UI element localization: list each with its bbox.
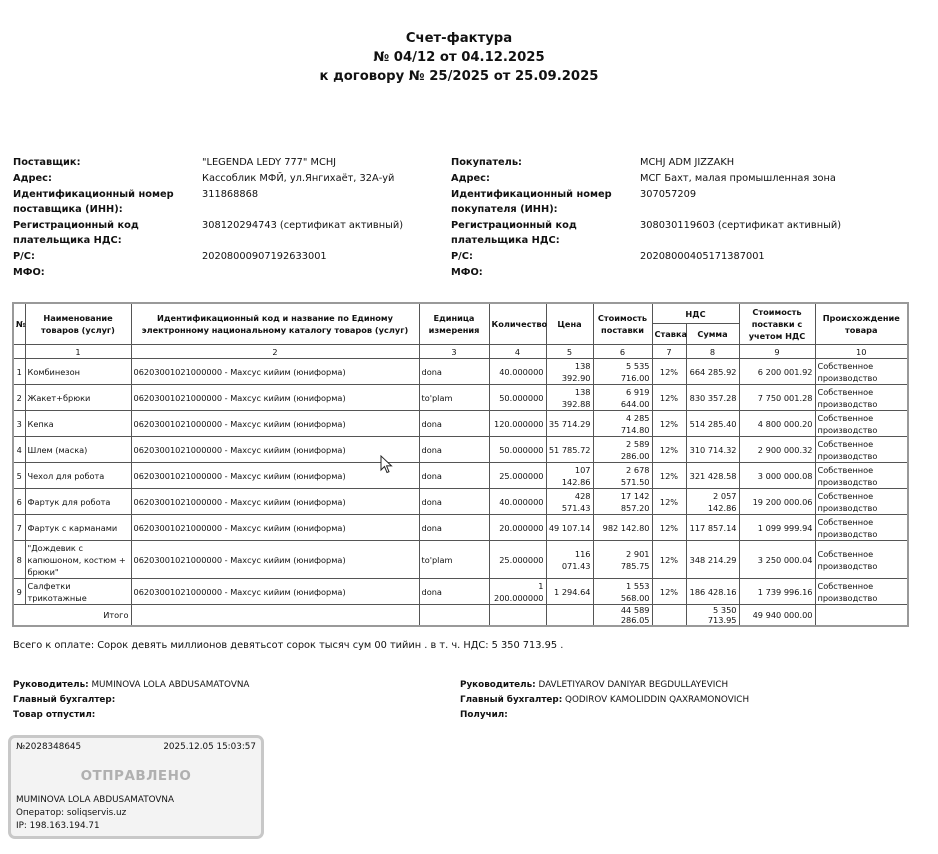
column-number-cell: 8 (686, 345, 739, 359)
seller-field-row: МФО: (13, 265, 453, 280)
total-due-text: Всего к оплате: Сорок девять миллионов д… (13, 640, 563, 651)
col-header-vat: НДС (652, 303, 739, 324)
col-header-price: Цена (546, 303, 593, 345)
buyer-signatures: Руководитель: DAVLETIYAROV DANIYAR BEGDU… (460, 678, 900, 723)
item-vat-sum: 117 857.14 (686, 515, 739, 541)
seller-field-label: Адрес: (13, 171, 202, 186)
item-total: 1 739 996.16 (739, 579, 815, 605)
item-total: 4 800 000.20 (739, 411, 815, 437)
col-header-vat-sum: Сумма (686, 324, 739, 345)
item-vat-rate: 12% (652, 515, 686, 541)
item-quantity: 1 200.000000 (489, 579, 546, 605)
item-vat-rate: 12% (652, 541, 686, 579)
item-price: 116 071.43 (546, 541, 593, 579)
col-header-qty: Количество (489, 303, 546, 345)
buyer-field-row: МФО: (451, 265, 891, 280)
item-vat-rate: 12% (652, 359, 686, 385)
column-number-cell: 9 (739, 345, 815, 359)
totals-row: Итого44 589 286.055 350 713.9549 940 000… (13, 605, 908, 627)
item-unit: dona (419, 437, 489, 463)
invoice-items-table: № Наименование товаров (услуг) Идентифик… (12, 302, 909, 627)
signature-role: Получил: (460, 710, 508, 720)
column-number-cell: 4 (489, 345, 546, 359)
item-catalog-code: 06203001021000000 - Махсус кийим (юнифор… (131, 515, 419, 541)
totals-label: Итого (13, 605, 131, 627)
item-catalog-code: 06203001021000000 - Махсус кийим (юнифор… (131, 359, 419, 385)
signature-name: DAVLETIYAROV DANIYAR BEGDULLAYEVICH (538, 680, 728, 690)
column-number-cell: 5 (546, 345, 593, 359)
item-price: 49 107.14 (546, 515, 593, 541)
table-row: 5Чехол для робота06203001021000000 - Мах… (13, 463, 908, 489)
item-quantity: 120.000000 (489, 411, 546, 437)
item-origin: Собственное производство (815, 385, 908, 411)
item-quantity: 40.000000 (489, 489, 546, 515)
empty-cell (652, 605, 686, 627)
seller-signatures: Руководитель: MUMINOVA LOLA ABDUSAMATOVN… (13, 678, 453, 723)
item-quantity: 50.000000 (489, 385, 546, 411)
seller-field-label: Р/С: (13, 249, 202, 264)
seller-field-value: 311868868 (202, 187, 258, 217)
item-cost: 6 919 644.00 (593, 385, 652, 411)
row-number: 7 (13, 515, 25, 541)
item-origin: Собственное производство (815, 359, 908, 385)
col-header-name: Наименование товаров (услуг) (25, 303, 131, 345)
item-quantity: 20.000000 (489, 515, 546, 541)
item-price: 107 142.86 (546, 463, 593, 489)
buyer-field-label: Регистрационный код плательщика НДС: (451, 218, 640, 248)
item-vat-sum: 830 357.28 (686, 385, 739, 411)
item-total: 3 250 000.04 (739, 541, 815, 579)
item-vat-rate: 12% (652, 411, 686, 437)
item-catalog-code: 06203001021000000 - Махсус кийим (юнифор… (131, 385, 419, 411)
item-catalog-code: 06203001021000000 - Махсус кийим (юнифор… (131, 489, 419, 515)
seller-field-row: Адрес:Кассоблик МФЙ, ул.Янгихаёт, 32А-уй (13, 171, 453, 186)
signature-name: QODIROV KAMOLIDDIN QAXRAMONOVICH (565, 695, 749, 705)
buyer-field-value: 308030119603 (сертификат активный) (640, 218, 841, 248)
item-total: 19 200 000.06 (739, 489, 815, 515)
seller-field-value: Кассоблик МФЙ, ул.Янгихаёт, 32А-уй (202, 171, 394, 186)
totals-cost: 44 589 286.05 (593, 605, 652, 627)
item-vat-sum: 2 057 142.86 (686, 489, 739, 515)
item-vat-sum: 348 214.29 (686, 541, 739, 579)
column-number-cell: 6 (593, 345, 652, 359)
table-row: 2Жакет+брюки06203001021000000 - Махсус к… (13, 385, 908, 411)
empty-cell (546, 605, 593, 627)
stamp-ip: IP: 198.163.194.71 (16, 820, 256, 833)
seller-field-label: Поставщик: (13, 155, 202, 170)
column-number-cell: 3 (419, 345, 489, 359)
item-unit: to'plam (419, 385, 489, 411)
col-header-origin: Происхождение товара (815, 303, 908, 345)
item-origin: Собственное производство (815, 579, 908, 605)
row-number: 2 (13, 385, 25, 411)
buyer-field-row: Идентификационный номер покупателя (ИНН)… (451, 187, 891, 217)
signature-role: Руководитель: (460, 680, 536, 690)
table-row: 8"Дождевик с капюшоном, костюм + брюки"0… (13, 541, 908, 579)
buyer-field-label: Р/С: (451, 249, 640, 264)
item-vat-rate: 12% (652, 437, 686, 463)
column-number-cell: 7 (652, 345, 686, 359)
buyer-field-value: MCHJ ADM JIZZAKH (640, 155, 734, 170)
item-quantity: 25.000000 (489, 463, 546, 489)
totals-total: 49 940 000.00 (739, 605, 815, 627)
row-number: 3 (13, 411, 25, 437)
table-row: 4Шлем (маска)06203001021000000 - Махсус … (13, 437, 908, 463)
item-vat-sum: 321 428.58 (686, 463, 739, 489)
item-unit: dona (419, 359, 489, 385)
item-quantity: 25.000000 (489, 541, 546, 579)
buyer-field-label: Адрес: (451, 171, 640, 186)
signature-line: Товар отпустил: (13, 708, 453, 723)
item-cost: 2 678 571.50 (593, 463, 652, 489)
item-price: 428 571.43 (546, 489, 593, 515)
row-number: 9 (13, 579, 25, 605)
item-vat-sum: 310 714.32 (686, 437, 739, 463)
column-number-cell (13, 345, 25, 359)
item-price: 51 785.72 (546, 437, 593, 463)
item-origin: Собственное производство (815, 437, 908, 463)
signature-line: Главный бухгалтер: (13, 693, 453, 708)
item-cost: 17 142 857.20 (593, 489, 652, 515)
document-title: Счет-фактура (0, 29, 918, 48)
item-catalog-code: 06203001021000000 - Махсус кийим (юнифор… (131, 437, 419, 463)
col-header-vat-rate: Ставка (652, 324, 686, 345)
buyer-field-row: Регистрационный код плательщика НДС:3080… (451, 218, 891, 248)
signature-role: Руководитель: (13, 680, 89, 690)
item-price: 35 714.29 (546, 411, 593, 437)
item-name: "Дождевик с капюшоном, костюм + брюки" (25, 541, 131, 579)
item-vat-sum: 664 285.92 (686, 359, 739, 385)
item-cost: 2 589 286.00 (593, 437, 652, 463)
signature-line: Руководитель: DAVLETIYAROV DANIYAR BEGDU… (460, 678, 900, 693)
item-name: Чехол для робота (25, 463, 131, 489)
table-row: 7Фартук с карманами06203001021000000 - М… (13, 515, 908, 541)
col-header-unit: Единица измерения (419, 303, 489, 345)
item-unit: dona (419, 411, 489, 437)
seller-field-value: 308120294743 (сертификат активный) (202, 218, 403, 248)
stamp-status: ОТПРАВЛЕНО (16, 768, 256, 784)
buyer-field-value: МСГ Бахт, малая промышленная зона (640, 171, 836, 186)
item-vat-rate: 12% (652, 463, 686, 489)
item-unit: to'plam (419, 541, 489, 579)
item-price: 1 294.64 (546, 579, 593, 605)
item-catalog-code: 06203001021000000 - Махсус кийим (юнифор… (131, 411, 419, 437)
item-unit: dona (419, 515, 489, 541)
mouse-cursor-icon (380, 455, 394, 475)
item-cost: 982 142.80 (593, 515, 652, 541)
stamp-signer: MUMINOVA LOLA ABDUSAMATOVNA (16, 794, 256, 807)
seller-field-value: "LEGENDA LEDY 777" MCHJ (202, 155, 336, 170)
seller-info: Поставщик:"LEGENDA LEDY 777" MCHJАдрес:К… (13, 155, 453, 281)
totals-vat-sum: 5 350 713.95 (686, 605, 739, 627)
table-row: 1Комбинезон06203001021000000 - Махсус ки… (13, 359, 908, 385)
item-vat-rate: 12% (652, 579, 686, 605)
item-name: Фартук для робота (25, 489, 131, 515)
invoice-number: № 04/12 от 04.12.2025 (0, 48, 918, 67)
column-numbers-row: 12345678910 (13, 345, 908, 359)
signature-role: Товар отпустил: (13, 710, 95, 720)
item-name: Комбинезон (25, 359, 131, 385)
empty-cell (131, 605, 419, 627)
row-number: 6 (13, 489, 25, 515)
item-cost: 2 901 785.75 (593, 541, 652, 579)
buyer-field-value: 307057209 (640, 187, 696, 217)
col-header-no: № (13, 303, 25, 345)
table-row: 3Кепка06203001021000000 - Махсус кийим (… (13, 411, 908, 437)
item-origin: Собственное производство (815, 411, 908, 437)
row-number: 1 (13, 359, 25, 385)
item-total: 7 750 001.28 (739, 385, 815, 411)
item-price: 138 392.88 (546, 385, 593, 411)
item-vat-sum: 514 285.40 (686, 411, 739, 437)
item-catalog-code: 06203001021000000 - Махсус кийим (юнифор… (131, 463, 419, 489)
item-origin: Собственное производство (815, 489, 908, 515)
buyer-info: Покупатель:MCHJ ADM JIZZAKHАдрес:МСГ Бах… (451, 155, 891, 281)
stamp-datetime: 2025.12.05 15:03:57 (163, 740, 256, 754)
item-name: Шлем (маска) (25, 437, 131, 463)
stamp-document-id: №2028348645 (16, 740, 81, 754)
signature-line: Руководитель: MUMINOVA LOLA ABDUSAMATOVN… (13, 678, 453, 693)
item-unit: dona (419, 489, 489, 515)
seller-field-label: Идентификационный номер поставщика (ИНН)… (13, 187, 202, 217)
empty-cell (815, 605, 908, 627)
col-header-total: Стоимость поставки с учетом НДС (739, 303, 815, 345)
e-signature-stamp: №2028348645 2025.12.05 15:03:57 ОТПРАВЛЕ… (8, 735, 264, 839)
buyer-field-label: МФО: (451, 265, 640, 280)
column-number-cell: 10 (815, 345, 908, 359)
item-catalog-code: 06203001021000000 - Махсус кийим (юнифор… (131, 541, 419, 579)
signature-role: Главный бухгалтер: (460, 695, 562, 705)
buyer-field-row: Покупатель:MCHJ ADM JIZZAKH (451, 155, 891, 170)
item-name: Жакет+брюки (25, 385, 131, 411)
col-header-cost: Стоимость поставки (593, 303, 652, 345)
buyer-field-row: Адрес:МСГ Бахт, малая промышленная зона (451, 171, 891, 186)
item-name: Кепка (25, 411, 131, 437)
item-vat-rate: 12% (652, 385, 686, 411)
item-cost: 5 535 716.00 (593, 359, 652, 385)
item-name: Салфетки трикотажные (25, 579, 131, 605)
row-number: 5 (13, 463, 25, 489)
item-unit: dona (419, 463, 489, 489)
stamp-operator: Оператор: soliqservis.uz (16, 807, 256, 820)
document-title-block: Счет-фактура № 04/12 от 04.12.2025 к дог… (0, 29, 918, 86)
signature-role: Главный бухгалтер: (13, 695, 115, 705)
item-total: 1 099 999.94 (739, 515, 815, 541)
item-quantity: 50.000000 (489, 437, 546, 463)
signature-line: Главный бухгалтер: QODIROV KAMOLIDDIN QA… (460, 693, 900, 708)
seller-field-row: Р/С:20208000907192633001 (13, 249, 453, 264)
seller-field-label: МФО: (13, 265, 202, 280)
contract-reference: к договору № 25/2025 от 25.09.2025 (0, 67, 918, 86)
column-number-cell: 2 (131, 345, 419, 359)
item-quantity: 40.000000 (489, 359, 546, 385)
item-unit: dona (419, 579, 489, 605)
item-vat-sum: 186 428.16 (686, 579, 739, 605)
seller-field-label: Регистрационный код плательщика НДС: (13, 218, 202, 248)
item-origin: Собственное производство (815, 515, 908, 541)
item-total: 3 000 000.08 (739, 463, 815, 489)
item-cost: 1 553 568.00 (593, 579, 652, 605)
empty-cell (489, 605, 546, 627)
item-name: Фартук с карманами (25, 515, 131, 541)
table-row: 6Фартук для робота06203001021000000 - Ма… (13, 489, 908, 515)
seller-field-row: Поставщик:"LEGENDA LEDY 777" MCHJ (13, 155, 453, 170)
buyer-field-label: Покупатель: (451, 155, 640, 170)
buyer-field-value: 20208000405171387001 (640, 249, 765, 264)
item-catalog-code: 06203001021000000 - Махсус кийим (юнифор… (131, 579, 419, 605)
seller-field-row: Идентификационный номер поставщика (ИНН)… (13, 187, 453, 217)
item-vat-rate: 12% (652, 489, 686, 515)
item-origin: Собственное производство (815, 463, 908, 489)
table-row: 9Салфетки трикотажные06203001021000000 -… (13, 579, 908, 605)
item-origin: Собственное производство (815, 541, 908, 579)
signature-name: MUMINOVA LOLA ABDUSAMATOVNA (91, 680, 249, 690)
col-header-catalog: Идентификационный код и название по Един… (131, 303, 419, 345)
seller-field-value: 20208000907192633001 (202, 249, 327, 264)
empty-cell (419, 605, 489, 627)
row-number: 4 (13, 437, 25, 463)
item-price: 138 392.90 (546, 359, 593, 385)
column-number-cell: 1 (25, 345, 131, 359)
seller-field-row: Регистрационный код плательщика НДС:3081… (13, 218, 453, 248)
item-cost: 4 285 714.80 (593, 411, 652, 437)
item-total: 2 900 000.32 (739, 437, 815, 463)
signature-line: Получил: (460, 708, 900, 723)
buyer-field-label: Идентификационный номер покупателя (ИНН)… (451, 187, 640, 217)
row-number: 8 (13, 541, 25, 579)
item-total: 6 200 001.92 (739, 359, 815, 385)
buyer-field-row: Р/С:20208000405171387001 (451, 249, 891, 264)
